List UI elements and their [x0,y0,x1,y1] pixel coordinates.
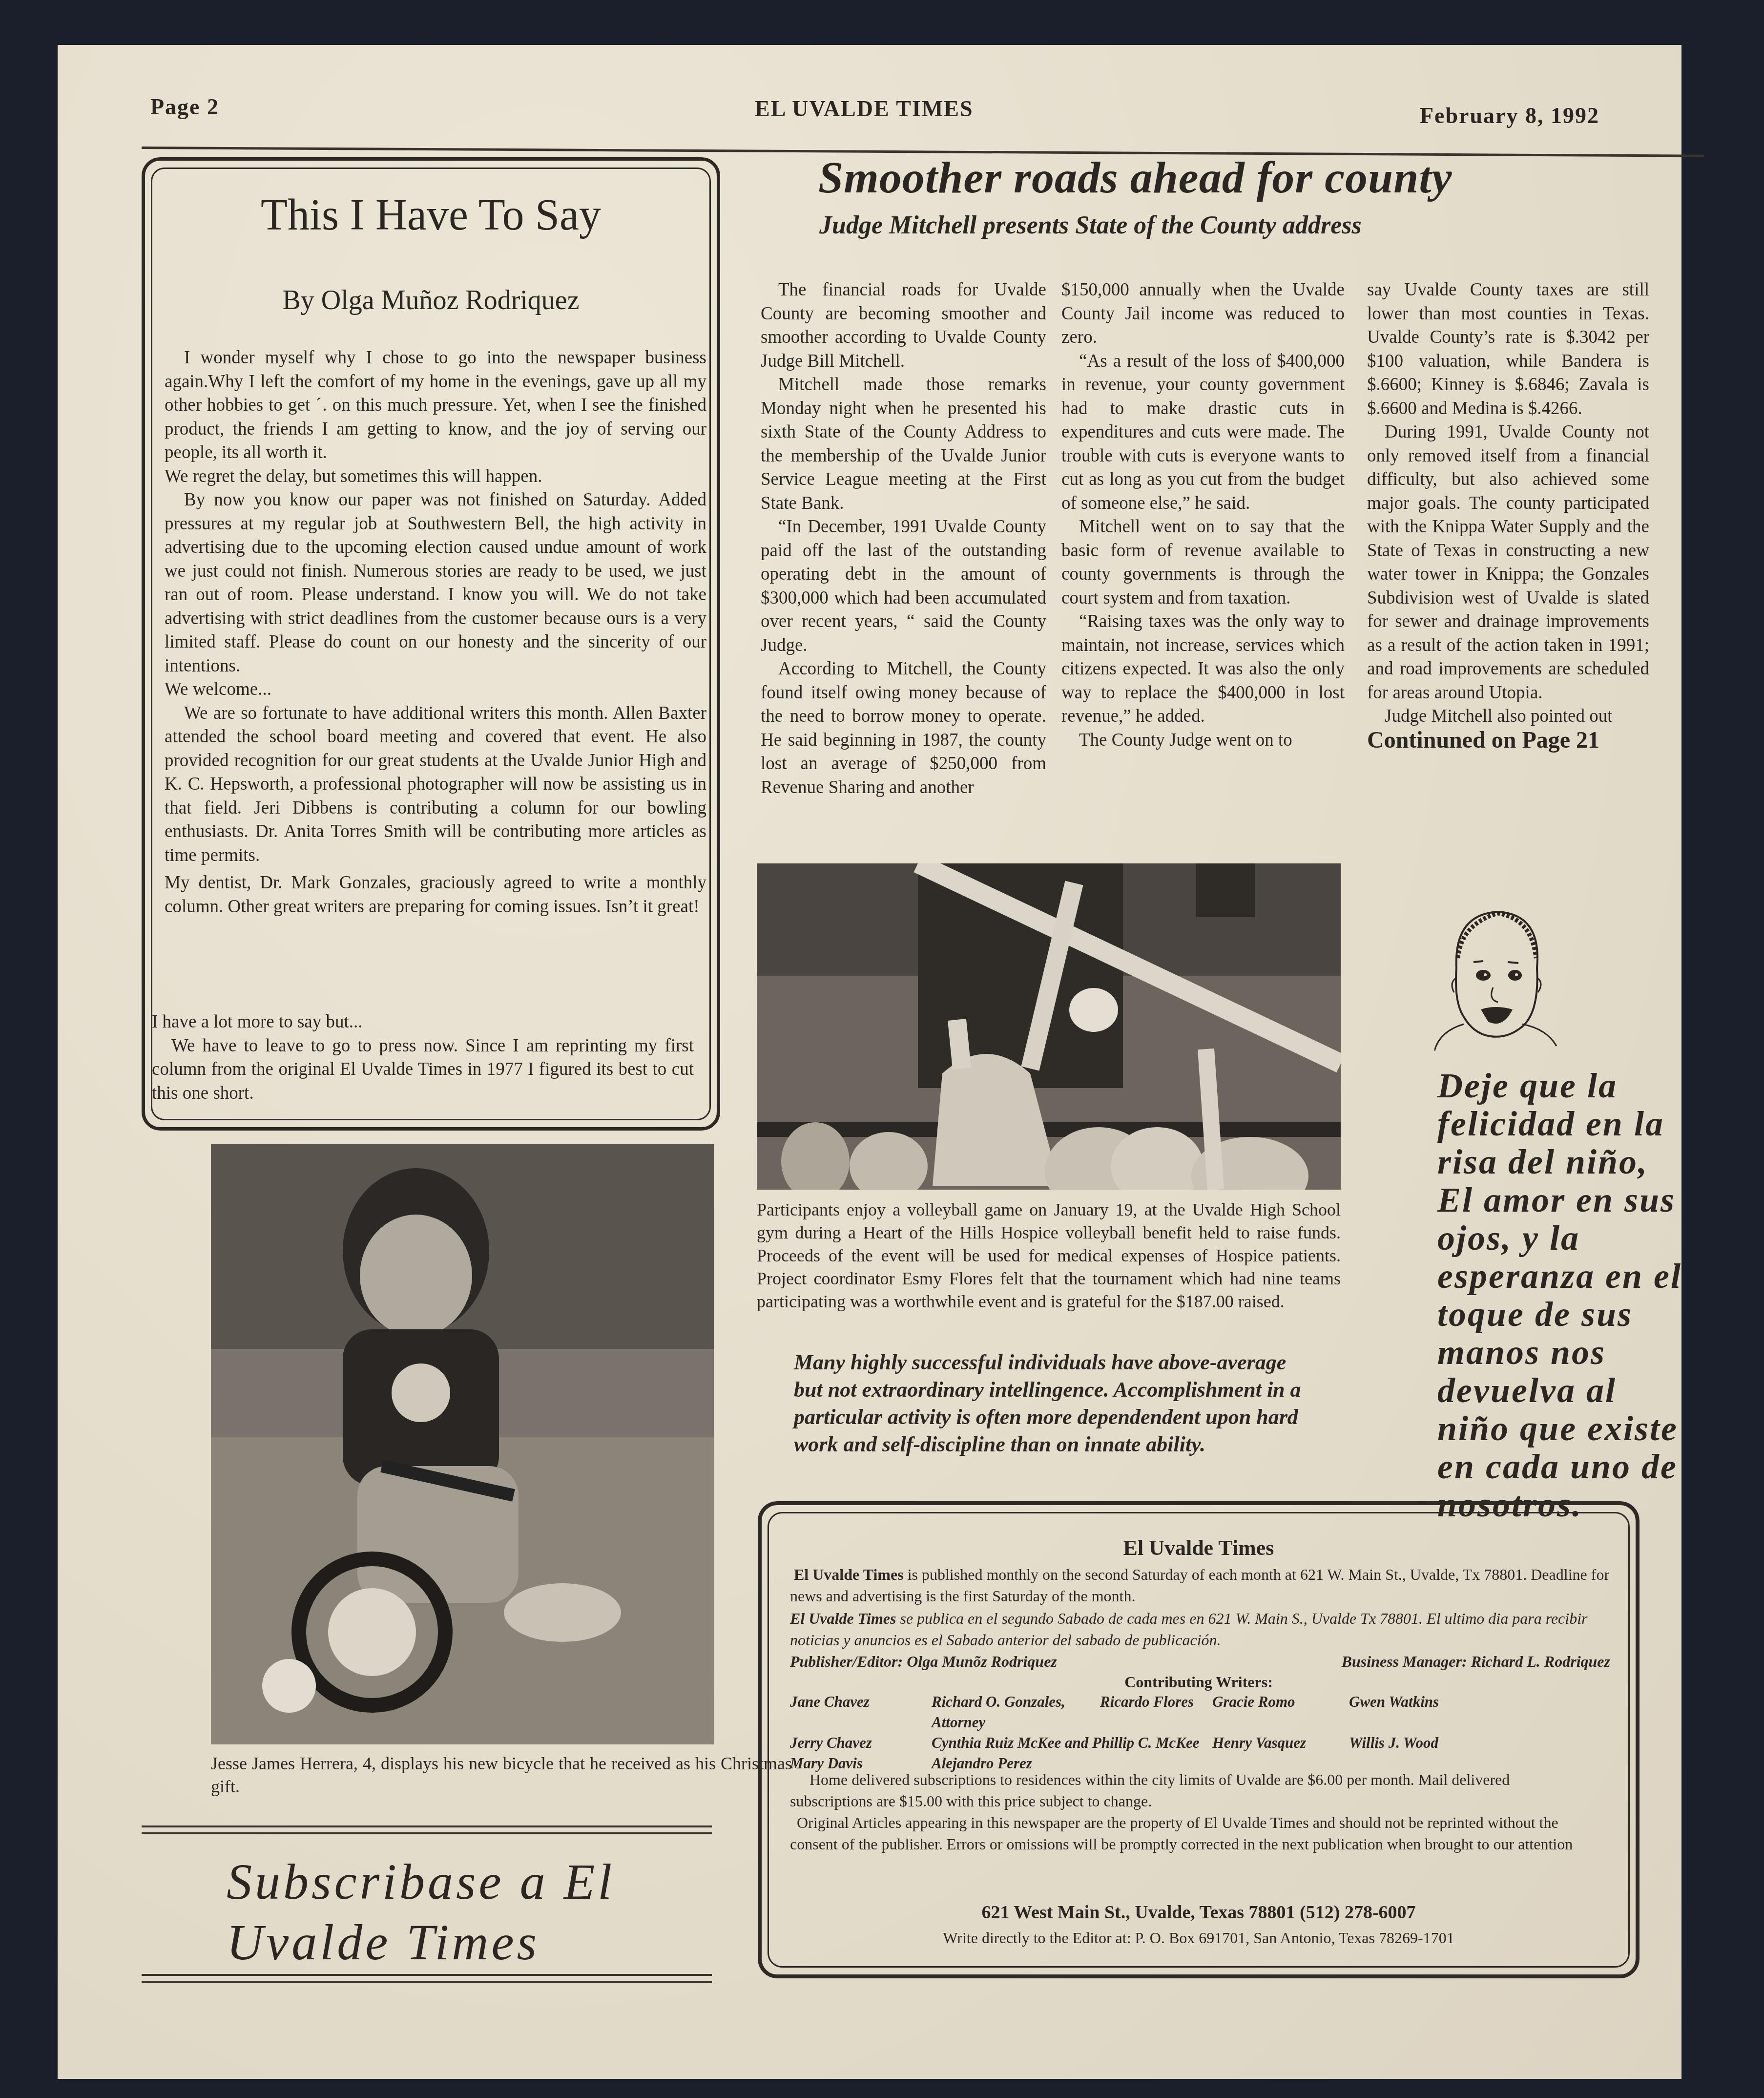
poem-line: risa del niño, [1437,1143,1691,1181]
baby-illustration [1434,904,1561,1061]
article-paragraph: Judge Mitchell also pointed out [1367,705,1649,729]
article-paragraph: say Uvalde County taxes are still lower … [1367,278,1649,420]
poem-line: El amor en sus [1437,1181,1691,1219]
article-paragraph: $150,000 annually when the Uvalde County… [1061,278,1345,350]
writer-name: Richard O. Gonzales, Attorney [932,1692,1100,1733]
column-paragraph: I wonder myself why I chose to go into t… [165,346,706,465]
pull-quote: Many highly successful individuals have … [794,1349,1311,1458]
subscribe-line-1: Subscribase a El [227,1852,615,1912]
baby-face-icon [1434,904,1561,1061]
article-paragraph: During 1991, Uvalde County not only remo… [1367,420,1649,705]
masthead-english-text: is published monthly on the second Satur… [790,1566,1609,1605]
column-paragraph: We are so fortunate to have additional w… [165,702,706,868]
column-box: This I Have To Say By Olga Muñoz Rodriqu… [142,157,720,1131]
article-paragraph: “In December, 1991 Uvalde County paid of… [761,515,1046,657]
article-headline: Smoother roads ahead for county [818,151,1453,203]
child-photo-caption: Jesse James Herrera, 4, displays his new… [211,1752,792,1798]
editor-address: Write directly to the Editor at: P. O. B… [762,1927,1636,1949]
poem-line: toque de sus [1437,1295,1691,1333]
masthead-spanish-text: se publica en el segundo Sabado de cada … [790,1610,1588,1649]
child-tricycle-photo [211,1144,714,1744]
subscription-info: Home delivered subscriptions to residenc… [790,1769,1581,1812]
poem-line: manos nos [1437,1333,1691,1371]
newspaper-page: Page 2 EL UVALDE TIMES February 8, 1992 … [58,45,1681,2079]
writer-name: Jerry Chavez [790,1733,932,1753]
column-paragraph: My dentist, Dr. Mark Gonzales, graciousl… [165,871,706,919]
column-paragraph: By now you know our paper was not finish… [165,488,706,678]
writer-name: Cynthia Ruiz McKee and Phillip C. McKee [932,1733,1212,1753]
column-closing: I have a lot more to say but... We have … [152,1010,694,1105]
article-column-1: The financial roads for Uvalde County ar… [761,278,1046,799]
contributing-writers-list: Jane Chavez Richard O. Gonzales, Attorne… [790,1692,1461,1774]
column-paragraph: We welcome... [165,678,706,702]
poem-line: esperanza en el [1437,1257,1691,1295]
article-column-3: say Uvalde County taxes are still lower … [1367,278,1649,752]
masthead-publisher: Publisher/Editor: Olga Munõz Rodriquez [790,1651,1057,1672]
article-paragraph: “Raising taxes was the only way to maint… [1061,610,1345,729]
article-column-2: $150,000 annually when the Uvalde County… [1061,278,1345,752]
column-paragraph: I have a lot more to say but... [152,1010,694,1034]
spanish-poem: Deje que la felicidad en la risa del niñ… [1437,1067,1691,1524]
office-address: 621 West Main St., Uvalde, Texas 78801 (… [762,1902,1636,1923]
writer-name: Gracie Romo [1212,1692,1349,1733]
writer-name: Jane Chavez [790,1692,932,1733]
article-paragraph: Mitchell went on to say that the basic f… [1061,515,1345,610]
writer-name: Willis J. Wood [1349,1733,1461,1753]
writer-name: Henry Vasquez [1212,1733,1349,1753]
poem-line: Deje que la [1437,1067,1691,1105]
poem-line: devuelva al [1437,1371,1691,1409]
poem-line: niño que existe [1437,1409,1691,1448]
subscribe-rule-bottom-2 [142,1981,712,1983]
column-body: I wonder myself why I chose to go into t… [165,346,706,919]
masthead-english: El Uvalde Times is published monthly on … [790,1564,1615,1607]
continued-link[interactable]: Continuned on Page 21 [1367,729,1649,753]
article-paragraph: The County Judge went on to [1061,729,1345,753]
subscribe-promo[interactable]: Subscribase a El Uvalde Times [227,1852,615,1973]
subscribe-rule-top-2 [142,1832,712,1834]
subscribe-rule-top-1 [142,1825,712,1827]
child-tricycle-image [211,1144,714,1744]
masthead-box: El Uvalde Times El Uvalde Times is publi… [758,1501,1639,1978]
article-paragraph: Mitchell made those remarks Monday night… [761,373,1046,515]
masthead-business-manager: Business Manager: Richard L. Rodriquez [1342,1651,1610,1672]
masthead-spanish-name: El Uvalde Times [790,1610,896,1627]
volleyball-photo-image [757,863,1341,1190]
column-paragraph: We have to leave to go to press now. Sin… [152,1034,694,1106]
issue-date: February 8, 1992 [1420,103,1599,128]
volleyball-photo [757,863,1341,1190]
paper-name: EL UVALDE TIMES [755,96,974,122]
article-paragraph: According to Mitchell, the County found … [761,657,1046,799]
masthead-pub-name: El Uvalde Times [794,1566,904,1583]
volleyball-caption: Participants enjoy a volleyball game on … [757,1198,1341,1313]
column-paragraph: We regret the delay, but sometimes this … [165,465,706,489]
page-number: Page 2 [150,94,219,120]
writer-name: Gwen Watkins [1349,1692,1461,1733]
poem-line: en cada uno de [1437,1448,1691,1486]
column-byline: By Olga Muñoz Rodriquez [145,285,717,316]
subscribe-line-2: Uvalde Times [227,1912,615,1973]
poem-line: felicidad en la [1437,1105,1691,1143]
article-paragraph: “As a result of the loss of $400,000 in … [1061,350,1345,516]
writer-name: Ricardo Flores [1100,1692,1212,1733]
masthead-title: El Uvalde Times [762,1535,1636,1560]
subscribe-rule-bottom-1 [142,1974,712,1976]
contributing-writers-label: Contributing Writers: [762,1671,1636,1693]
article-paragraph: The financial roads for Uvalde County ar… [761,278,1046,373]
poem-line: ojos, y la [1437,1219,1691,1257]
rights-notice: Original Articles appearing in this news… [790,1812,1581,1855]
masthead-spanish: El Uvalde Times se publica en el segundo… [790,1608,1615,1651]
article-subheadline: Judge Mitchell presents State of the Cou… [819,211,1362,240]
column-title: This I Have To Say [145,190,717,240]
